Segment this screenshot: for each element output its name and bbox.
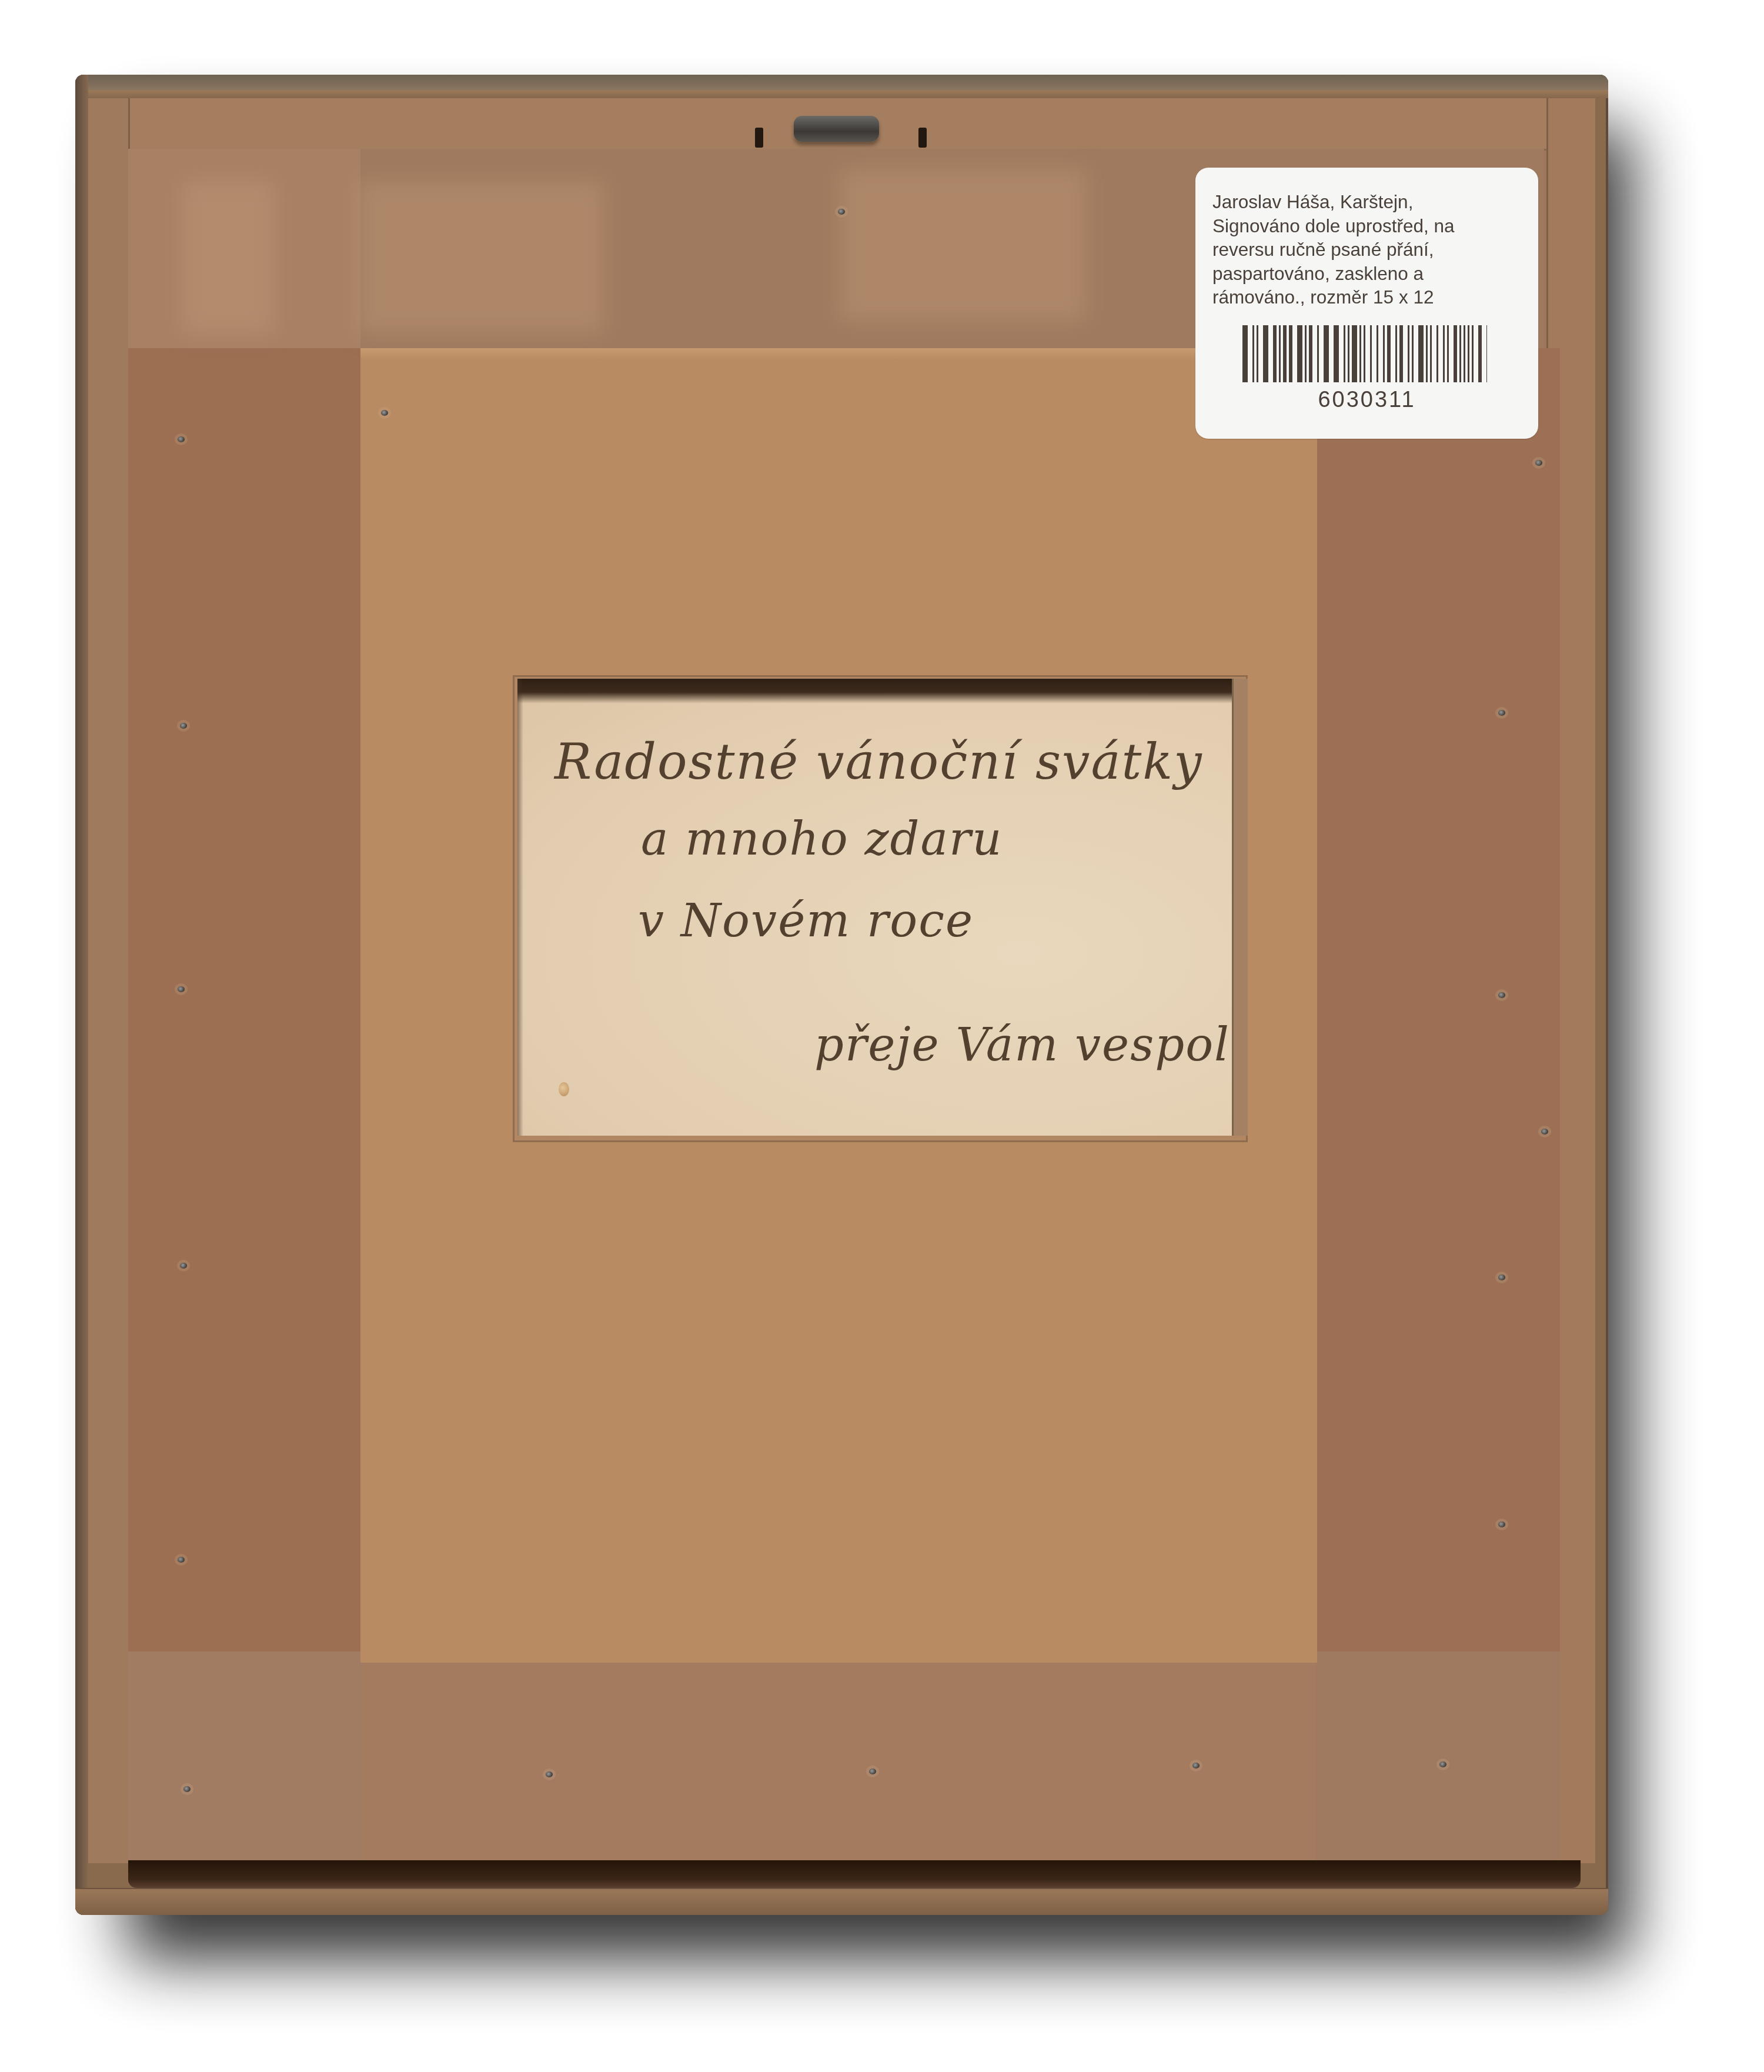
barcode-bar [1263, 325, 1268, 382]
nail-pin-icon [1439, 1761, 1446, 1767]
nail-pin-icon [178, 436, 185, 442]
barcode-bar [1414, 325, 1418, 382]
barcode-bar [1418, 325, 1424, 382]
label-line: rámováno., rozměr 15 x 12 [1212, 285, 1530, 309]
tape-strip-bottom [363, 1651, 1315, 1860]
catalog-label: Jaroslav Háša, Karštejn, Signováno dole … [1195, 168, 1538, 439]
nail-pin-icon [178, 1557, 185, 1563]
barcode-bar [1486, 325, 1487, 382]
mat-window-bevel [1232, 679, 1248, 1136]
barcode-bar [1391, 325, 1395, 382]
barcode-bar [1268, 325, 1273, 382]
nail-pin-icon [869, 1769, 876, 1774]
nail-pin-icon [1498, 1522, 1505, 1527]
barcode-bar [1312, 325, 1317, 382]
frame-top-molding [75, 90, 1608, 98]
handwriting-line: v Novém roce [638, 895, 974, 947]
barcode-bar [1242, 325, 1248, 382]
barcode-number: 6030311 [1195, 388, 1538, 413]
nail-pin-icon [1535, 460, 1542, 466]
tape-strip-bottom-left [128, 1651, 363, 1860]
greeting-card-paper: Radostné vánoční svátky a mnoho zdaru v … [517, 679, 1234, 1136]
nail-pin-icon [1498, 710, 1505, 716]
glue-stain [358, 181, 604, 333]
nail-pin-icon [1192, 1763, 1200, 1769]
glue-stain [840, 169, 1087, 322]
backing-board-left-edge [88, 98, 130, 1863]
frame-left-edge [75, 75, 88, 1915]
barcode-bar [1449, 325, 1454, 382]
handwriting-line: Radostné vánoční svátky [554, 733, 1203, 790]
barcode-bar [1403, 325, 1408, 382]
barcode-bar [1329, 325, 1334, 382]
frame-bottom-gap [128, 1860, 1581, 1888]
barcode-bar [1482, 325, 1486, 382]
paper-stain [559, 1082, 569, 1096]
barcode-bar [1339, 325, 1344, 382]
label-line: Jaroslav Háša, Karštejn, [1212, 190, 1530, 214]
barcode-icon [1242, 325, 1487, 382]
nail-pin-icon [381, 410, 388, 416]
nail-pin-icon [1498, 992, 1505, 998]
barcode-bar [1319, 325, 1324, 382]
barcode-bar [1352, 325, 1357, 382]
barcode-bar [1378, 325, 1383, 382]
label-line: Signováno dole uprostřed, na [1212, 214, 1530, 238]
nail-pin-icon [1498, 1274, 1505, 1280]
label-line: paspartováno, zaskleno a [1212, 262, 1530, 286]
window-shadow-left [517, 679, 523, 1136]
mat-panel-top-highlight [360, 348, 1317, 360]
handwriting-line: a mnoho zdaru [641, 813, 1003, 866]
nail-pin-icon [178, 986, 185, 992]
nail-pin-icon [183, 1786, 191, 1792]
label-line: reversu ručně psané přání, [1212, 238, 1530, 262]
barcode-bar [1248, 325, 1252, 382]
hanger-slot-icon [755, 128, 763, 148]
handwriting-signature-line: přeje Vám vespolek [814, 1019, 1234, 1072]
barcode-bar [1334, 325, 1339, 382]
barcode-bar [1324, 325, 1329, 382]
nail-pin-icon [546, 1771, 553, 1777]
glue-stain [181, 181, 275, 333]
tape-strip-right [1317, 348, 1560, 1651]
tape-strip-bottom-right [1315, 1651, 1560, 1860]
barcode-bar [1258, 325, 1263, 382]
barcode-bar [1438, 325, 1443, 382]
barcode-bar [1297, 325, 1302, 382]
mat-window: Radostné vánoční svátky a mnoho zdaru v … [513, 675, 1248, 1142]
frame-top-edge [75, 75, 1608, 90]
barcode-bar [1372, 325, 1377, 382]
tape-strip-left [128, 348, 360, 1651]
barcode-bar [1365, 325, 1370, 382]
hanger-slot-icon [918, 128, 927, 148]
nail-pin-icon [180, 723, 187, 729]
frame-bottom-edge [75, 1888, 1608, 1915]
nail-pin-icon [838, 209, 845, 215]
nail-pin-icon [1541, 1129, 1548, 1135]
barcode-bar [1474, 325, 1478, 382]
nail-pin-icon [180, 1263, 187, 1269]
label-description: Jaroslav Háša, Karštejn, Signováno dole … [1212, 190, 1530, 309]
hanger-loop-icon [794, 116, 879, 142]
barcode-bar [1292, 325, 1297, 382]
barcode-bar [1432, 325, 1436, 382]
window-shadow [517, 679, 1234, 703]
